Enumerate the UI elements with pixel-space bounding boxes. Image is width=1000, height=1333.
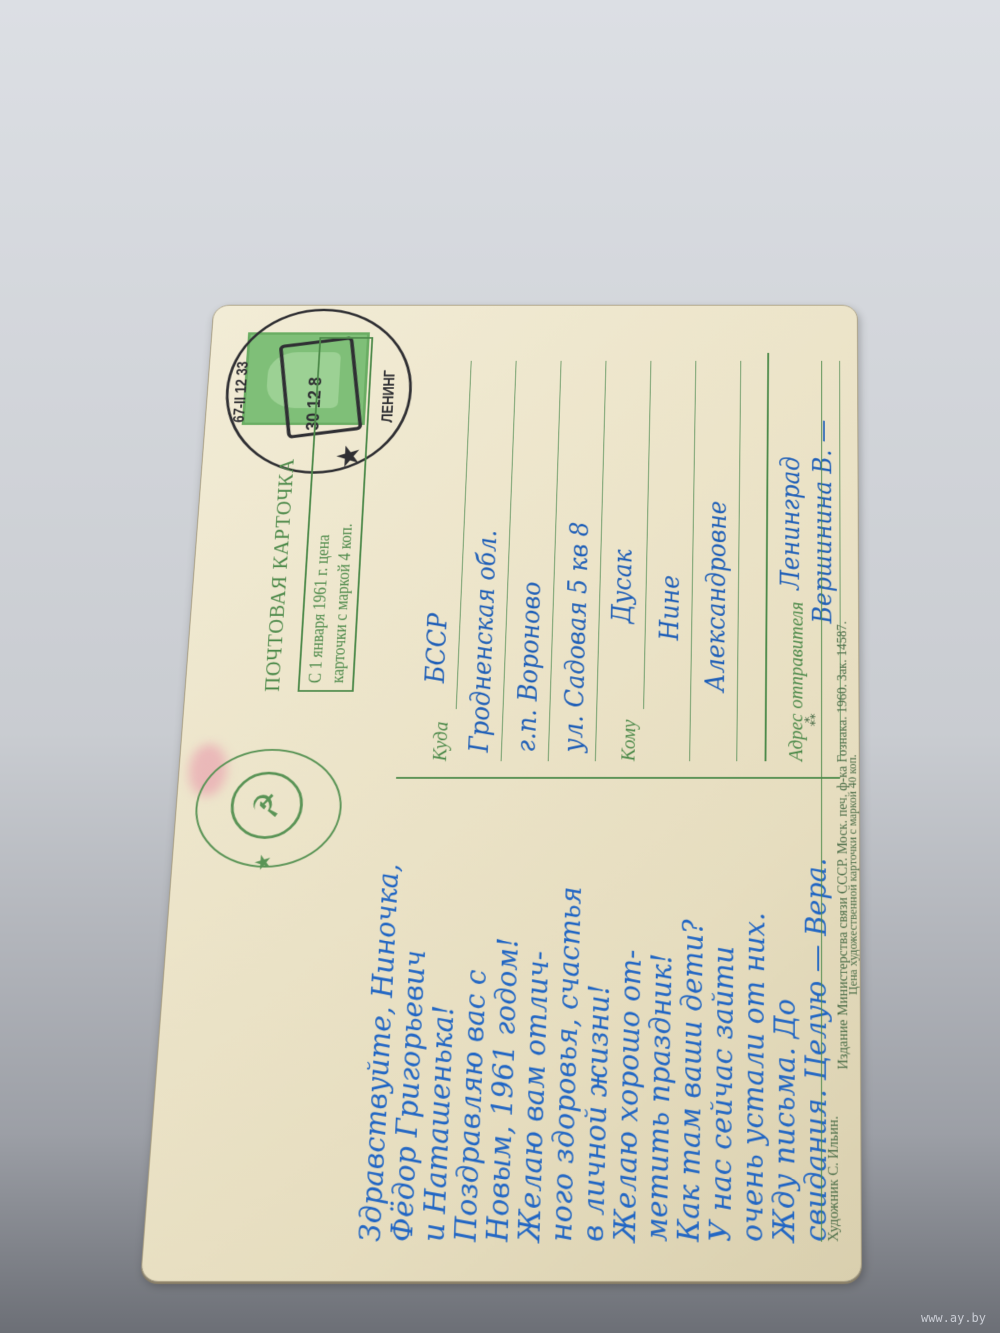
address-where-line: БССР xyxy=(419,613,453,683)
postmark-city: ЛЕНИНГ xyxy=(380,370,399,423)
card-title: ПОЧТОВАЯ КАРТОЧКА xyxy=(260,458,300,692)
address-line xyxy=(736,361,741,761)
sender-line: Вершинина В. — xyxy=(807,420,838,624)
emblem-star-icon: ★ xyxy=(250,853,276,871)
postmark-code: 67-II 12 33 xyxy=(232,361,253,422)
message-line: Жду письма. До xyxy=(767,726,803,1241)
imprint-rule xyxy=(821,361,822,1242)
address-line xyxy=(689,361,696,761)
address-line xyxy=(643,361,651,709)
address-where-line: ул. Садовая 5 кв 8 xyxy=(557,522,594,753)
postcard-face: 67-II 12 33 30 12 8 ★ ЛЕНИНГ ПОЧТОВАЯ КА… xyxy=(141,306,861,1281)
sender-divider xyxy=(765,353,770,761)
address-to-whom-line: Нине xyxy=(654,575,686,640)
imprint-mark: ⁂ xyxy=(802,713,820,726)
address-line xyxy=(595,361,607,761)
watermark: www.ay.by xyxy=(921,1311,986,1325)
address-to-whom-line: Александровне xyxy=(700,501,733,692)
hammer-sickle-icon: ☭ xyxy=(229,772,305,839)
sender-line: Ленинград xyxy=(775,456,806,589)
price-imprint: Цена художественной карточки с маркой 40… xyxy=(845,754,861,995)
address-to-whom-line: Дусак xyxy=(606,550,638,624)
address-where-line: Гродненская обл. xyxy=(463,530,503,753)
artist-credit: Художник С. Ильин. xyxy=(826,1116,843,1242)
postcard: 67-II 12 33 30 12 8 ★ ЛЕНИНГ ПОЧТОВАЯ КА… xyxy=(140,305,862,1282)
